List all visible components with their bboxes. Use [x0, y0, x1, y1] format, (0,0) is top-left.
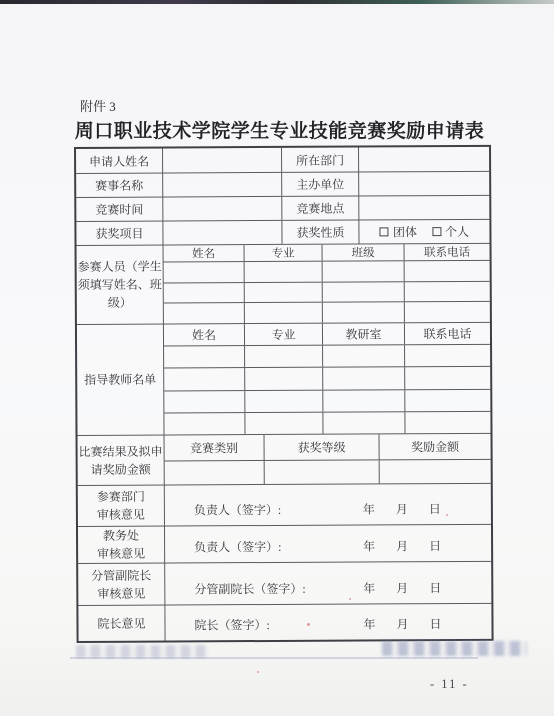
col-header-major: 专业 [245, 324, 323, 345]
option-team-label: 团体 [393, 223, 417, 240]
signature-label: 负责人（签字）: [194, 501, 281, 518]
checkbox-team-icon [380, 227, 389, 236]
participants-label: 参赛人员（学生 须填写姓名、班 级） [77, 246, 164, 324]
col-header-phone: 联系电话 [405, 323, 490, 344]
approval-academic-office-section: 教务处 审核意见 负责人（签字）: 年 月 日 [78, 525, 491, 564]
label-award-item: 获奖项目 [76, 222, 163, 245]
col-header-name: 姓名 [164, 245, 245, 261]
scan-speck [257, 671, 259, 673]
basic-info-row: 获奖项目 获奖性质 团体 个人 [76, 220, 489, 246]
scanned-page: 附件 3 周口职业技术学院学生专业技能竞赛奖励申请表 申请人姓名 所在部门 赛事… [0, 0, 554, 716]
value-competition-place [359, 196, 489, 220]
label-applicant-name: 申请人姓名 [76, 149, 163, 173]
approval-president-content: 院长（签字）: 年 月 日 [165, 604, 491, 641]
application-form-table: 申请人姓名 所在部门 赛事名称 主办单位 竞赛时间 竞赛地点 获奖项目 获奖性质 [74, 145, 494, 643]
signature-label: 院长（签字）: [194, 616, 269, 633]
label-event-name: 赛事名称 [76, 174, 163, 197]
col-header-class: 班级 [323, 244, 405, 260]
col-header-competition-category: 竞赛类别 [165, 435, 265, 461]
col-header-teaching-office: 教研室 [323, 323, 405, 344]
approval-department-label: 参赛部门 审核意见 [78, 486, 165, 526]
col-header-reward-amount: 奖励金额 [380, 434, 491, 460]
value-department [359, 147, 489, 172]
col-header-major: 专业 [245, 245, 323, 261]
date-fields: 年 月 日 [363, 537, 441, 554]
participant-blank-row [164, 281, 490, 303]
col-header-phone: 联系电话 [405, 244, 490, 260]
option-team: 团体 [380, 223, 417, 240]
result-header-row: 竞赛类别 获奖等级 奖励金额 [165, 434, 491, 462]
label-competition-place: 竞赛地点 [282, 197, 359, 220]
value-award-item [163, 221, 282, 245]
approval-vice-president-label: 分管副院长 审核意见 [78, 564, 165, 605]
participant-blank-row [164, 302, 490, 323]
teacher-blank-row [164, 389, 490, 413]
result-section: 比赛结果及拟申 请奖励金额 竞赛类别 获奖等级 奖励金额 [78, 434, 491, 486]
signature-label: 负责人（签字）: [194, 538, 281, 555]
teacher-blank-row [164, 367, 490, 391]
label-department: 所在部门 [282, 148, 359, 172]
scanner-edge-artifact [0, 0, 554, 4]
teachers-header-row: 姓名 专业 教研室 联系电话 [164, 323, 490, 347]
approval-vice-president-content: 分管副院长（签字）: 年 月 日 [165, 562, 491, 605]
teacher-blank-row [164, 412, 490, 435]
value-event-name [163, 173, 282, 197]
checkbox-group: 团体 个人 [380, 223, 469, 240]
date-fields: 年 月 日 [363, 579, 441, 596]
label-award-nature: 获奖性质 [282, 221, 359, 244]
result-blank-row [165, 460, 491, 485]
scan-speck [349, 598, 351, 600]
col-header-name: 姓名 [164, 324, 245, 345]
participant-blank-row [164, 261, 490, 283]
participants-section: 参赛人员（学生 须填写姓名、班 级） 姓名 专业 班级 联系电话 [77, 244, 490, 325]
teacher-blank-row [164, 345, 490, 369]
date-fields: 年 月 日 [363, 500, 441, 517]
bleed-through-line [70, 657, 478, 659]
form-title: 周口职业技术学院学生专业技能竞赛奖励申请表 [72, 116, 487, 143]
option-individual: 个人 [432, 223, 469, 240]
basic-info-row: 赛事名称 主办单位 [76, 172, 489, 198]
col-header-award-level: 获奖等级 [265, 434, 380, 460]
basic-info-row: 申请人姓名 所在部门 [76, 147, 489, 174]
value-organizer [359, 172, 489, 196]
teachers-label: 指导教师名单 [77, 325, 165, 435]
value-applicant-name [163, 148, 282, 173]
approval-academic-office-content: 负责人（签字）: 年 月 日 [165, 525, 491, 563]
label-competition-time: 竞赛时间 [76, 198, 163, 221]
approval-academic-office-label: 教务处 审核意见 [78, 527, 165, 563]
approval-president-label: 院长意见 [78, 606, 165, 641]
checkbox-individual-icon [432, 227, 441, 236]
scan-speck [446, 514, 448, 516]
bleed-through-text [382, 641, 527, 656]
approval-vice-president-section: 分管副院长 审核意见 分管副院长（签字）: 年 月 日 [78, 562, 491, 606]
approval-department-section: 参赛部门 审核意见 负责人（签字）: 年 月 日 [78, 484, 491, 527]
result-label: 比赛结果及拟申 请奖励金额 [78, 436, 165, 485]
approval-department-content: 负责人（签字）: 年 月 日 [165, 484, 491, 526]
label-organizer: 主办单位 [282, 173, 359, 196]
scan-speck [307, 623, 310, 626]
teachers-section: 指导教师名单 姓名 专业 教研室 联系电话 [77, 323, 491, 436]
signature-label: 分管副院长（签字）: [194, 580, 305, 598]
attachment-label: 附件 3 [80, 96, 116, 115]
option-individual-label: 个人 [445, 223, 469, 240]
approval-president-section: 院长意见 院长（签字）: 年 月 日 [78, 604, 491, 641]
page-number: - 11 - [430, 677, 469, 692]
basic-info-row: 竞赛时间 竞赛地点 [76, 196, 489, 222]
date-fields: 年 月 日 [363, 615, 441, 632]
value-competition-time [163, 197, 282, 221]
award-nature-options: 团体 个人 [359, 220, 489, 244]
participants-header-row: 姓名 专业 班级 联系电话 [164, 244, 490, 263]
